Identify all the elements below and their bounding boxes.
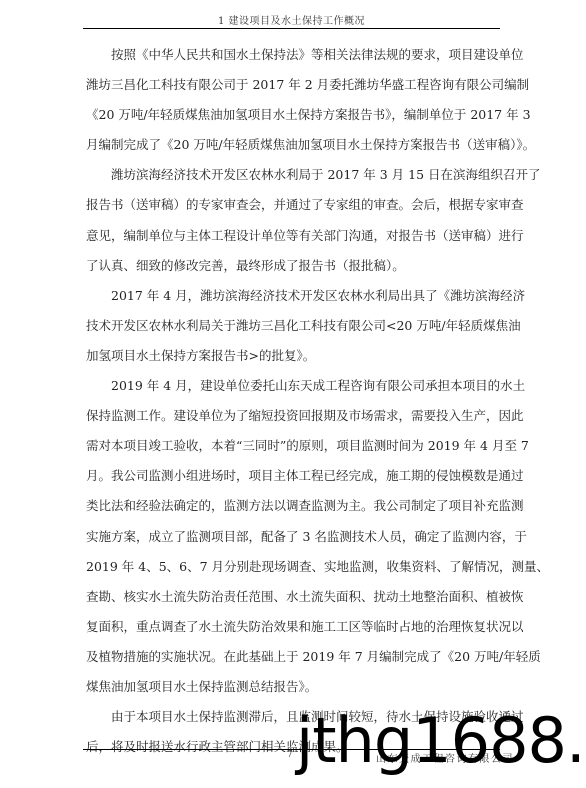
text-line: 月。我公司监测小组进场时，项目主体工程已经完成，施工期的侵蚀模数是通过 bbox=[86, 461, 497, 491]
page-number: 7 bbox=[287, 750, 293, 760]
text-line: 保持监测工作。建设单位为了缩短投资回报期及市场需求，需要投入生产，因此 bbox=[86, 401, 497, 431]
header-divider bbox=[83, 28, 500, 29]
text-line: 潍坊滨海经济技术开发区农林水利局于 2017 年 3 月 15 日在滨海组织召开… bbox=[86, 160, 497, 190]
text-line: 技术开发区农林水利局关于潍坊三昌化工科技有限公司<20 万吨/年轻质煤焦油 bbox=[86, 311, 497, 341]
text-line: 实施方案，成立了监测项目部，配备了 3 名监测技术人员，确定了监测内容，于 bbox=[86, 522, 497, 552]
text-line: 按照《中华人民共和国水土保持法》等相关法律法规的要求，项目建设单位 bbox=[86, 40, 497, 70]
text-line: 月编制完成了《20 万吨/年轻质煤焦油加氢项目水土保持方案报告书（送审稿）》。 bbox=[86, 130, 497, 160]
text-line: 查勘、核实水土流失防治责任范围、水土流失面积、扰动土地整治面积、植被恢 bbox=[86, 582, 497, 612]
text-line: 报告书（送审稿）的专家审查会，并通过了专家组的审查。会后，根据专家审查 bbox=[86, 190, 497, 220]
text-line: 2017 年 4 月，潍坊滨海经济技术开发区农林水利局出具了《潍坊滨海经济 bbox=[86, 281, 497, 311]
document-page: 1 建设项目及水土保持工作概况 按照《中华人民共和国水土保持法》等相关法律法规的… bbox=[0, 0, 586, 788]
text-line: 意见，编制单位与主体工程设计单位等有关部门沟通，对报告书（送审稿）进行 bbox=[86, 221, 497, 251]
text-line: 2019 年 4 月，建设单位委托山东天成工程咨询有限公司承担本项目的水土 bbox=[86, 371, 497, 401]
body-text: 按照《中华人民共和国水土保持法》等相关法律法规的要求，项目建设单位 潍坊三昌化工… bbox=[86, 40, 497, 762]
text-line: 及植物措施的实施状况。在此基础上于 2019 年 7 月编制完成了《20 万吨/… bbox=[86, 642, 497, 672]
text-line: 了认真、细致的修改完善，最终形成了报告书（报批稿）。 bbox=[86, 251, 497, 281]
text-line: 2019 年 4、5、6、7 月分别赴现场调查、实地监测，收集资料、了解情况，测… bbox=[86, 552, 497, 582]
text-line: 需对本项目竣工验收，本着“三同时”的原则，项目监测时间为 2019 年 4 月至… bbox=[86, 431, 497, 461]
running-header-title: 1 建设项目及水土保持工作概况 bbox=[83, 12, 500, 27]
watermark-text: jthg1688.com bbox=[296, 706, 586, 776]
text-line: 潍坊三昌化工科技有限公司于 2017 年 2 月委托潍坊华盛工程咨询有限公司编制 bbox=[86, 70, 497, 100]
text-line: 煤焦油加氢项目水土保持监测总结报告》。 bbox=[86, 672, 497, 702]
text-line: 类比法和经验法确定的，监测方法以调查监测为主。我公司制定了项目补充监测 bbox=[86, 491, 497, 521]
text-line: 复面积，重点调查了水土流失防治效果和施工工区等临时占地的治理恢复状况以 bbox=[86, 612, 497, 642]
text-line: 加氢项目水土保持方案报告书>的批复》。 bbox=[86, 341, 497, 371]
text-line: 《20 万吨/年轻质煤焦油加氢项目水土保持方案报告书》，编制单位于 2017 年… bbox=[86, 100, 497, 130]
